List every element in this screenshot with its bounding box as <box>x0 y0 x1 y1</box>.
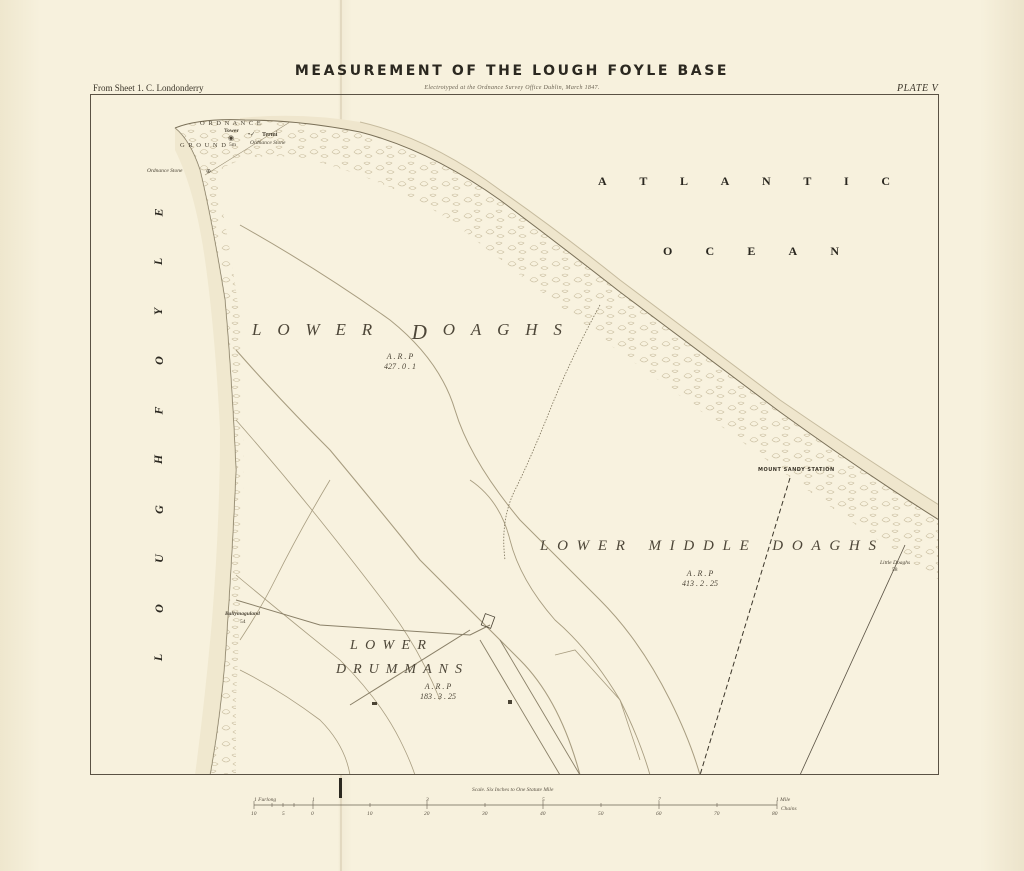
map-frame <box>90 94 939 775</box>
letter: N <box>830 244 839 259</box>
label-lower-doaghs: LOWER DOAGHS <box>252 320 562 345</box>
acreage-lower-middle-doaghs: A . R . P 413 . 2 . 25 <box>650 569 750 589</box>
scale-tick-label: 30 <box>482 811 488 817</box>
tower-icon: ◉ <box>228 134 234 142</box>
scale-mile-label: 1 Mile <box>776 797 790 803</box>
label-ordnance: O R D N A N C E <box>200 120 262 127</box>
letter: O <box>151 604 166 613</box>
scale-chains-label: Chains <box>781 806 797 812</box>
letter: T <box>639 174 647 189</box>
label-lower: LOWER <box>350 638 426 654</box>
label-mount-sandy-station: MOUNT SANDY STATION <box>758 467 835 473</box>
letter: O <box>151 356 166 365</box>
letter: O <box>663 244 672 259</box>
letter: T <box>803 174 811 189</box>
scale-tick-label: 10 <box>367 811 373 817</box>
letter: E <box>151 208 166 216</box>
label-drummans: DRUMMANS <box>336 662 462 678</box>
letter: H <box>152 455 167 464</box>
scale-tick-label: 70 <box>714 811 720 817</box>
stone-icon: ⊕ <box>206 168 211 175</box>
scale-tick-label: 3 <box>426 797 429 803</box>
letter: F <box>151 406 166 414</box>
letter: A <box>721 174 730 189</box>
scale-tick-label: 0 <box>311 811 314 817</box>
label-lower-middle-doaghs: LOWER MIDDLE DOAGHS <box>540 538 876 555</box>
scale-tick-label: 1 <box>312 797 315 803</box>
label-little-doaghs-number: 58 <box>892 567 898 573</box>
scale-tick-label: 40 <box>540 811 546 817</box>
scale-tick-label: 5 <box>542 797 545 803</box>
scale-furlong-label: 1 Furlong <box>254 797 276 803</box>
letter: A <box>598 174 607 189</box>
scale-tick-label: 7 <box>658 797 661 803</box>
label-ordnance-stone-2: Ordnance Stone <box>147 168 182 174</box>
letter: Y <box>152 308 167 315</box>
letter: L <box>152 258 167 265</box>
scale-tick-label: 60 <box>656 811 662 817</box>
scale-tick-label: 20 <box>424 811 430 817</box>
letter: C <box>881 174 890 189</box>
acreage-lower-doaghs: A . R . P 427 . 0 . 1 <box>360 352 440 372</box>
letter: L <box>152 654 167 661</box>
scale-tick-label: 50 <box>598 811 604 817</box>
scale-title: Scale. Six Inches to One Statute Mile <box>472 787 553 793</box>
label-atlantic: A T L A N T I C <box>598 174 890 189</box>
label-ocean: O C E A N <box>663 244 839 259</box>
label-tower-height: 5m <box>229 142 236 148</box>
label-little-doaghs: Little Doaghs <box>880 560 910 566</box>
letter: C <box>706 244 715 259</box>
letter: A <box>789 244 798 259</box>
terminus-icon: •✓ <box>248 131 255 138</box>
label-ordnance-stone-1: Ordnance Stone <box>250 140 285 146</box>
acreage-lower-drummans: A . R . P 183 . 3 . 25 <box>398 682 478 702</box>
label-lough-foyle: L O U G H F O Y L E <box>152 205 166 665</box>
label-ballymaguland-number: 54 <box>240 619 246 625</box>
letter: N <box>762 174 771 189</box>
letter: E <box>747 244 755 259</box>
label-ground: G R O U N D <box>180 142 227 149</box>
letter: G <box>151 505 166 514</box>
letter: L <box>680 174 688 189</box>
scale-tick-label: 80 <box>772 811 778 817</box>
scale-tick-label: 10 <box>251 811 257 817</box>
label-terminus: Termi <box>262 132 277 138</box>
letter: I <box>844 174 849 189</box>
scale-tick-label: 5 <box>282 811 285 817</box>
label-ballymaguland: Ballymaguland <box>225 611 260 617</box>
letter: U <box>151 554 166 563</box>
